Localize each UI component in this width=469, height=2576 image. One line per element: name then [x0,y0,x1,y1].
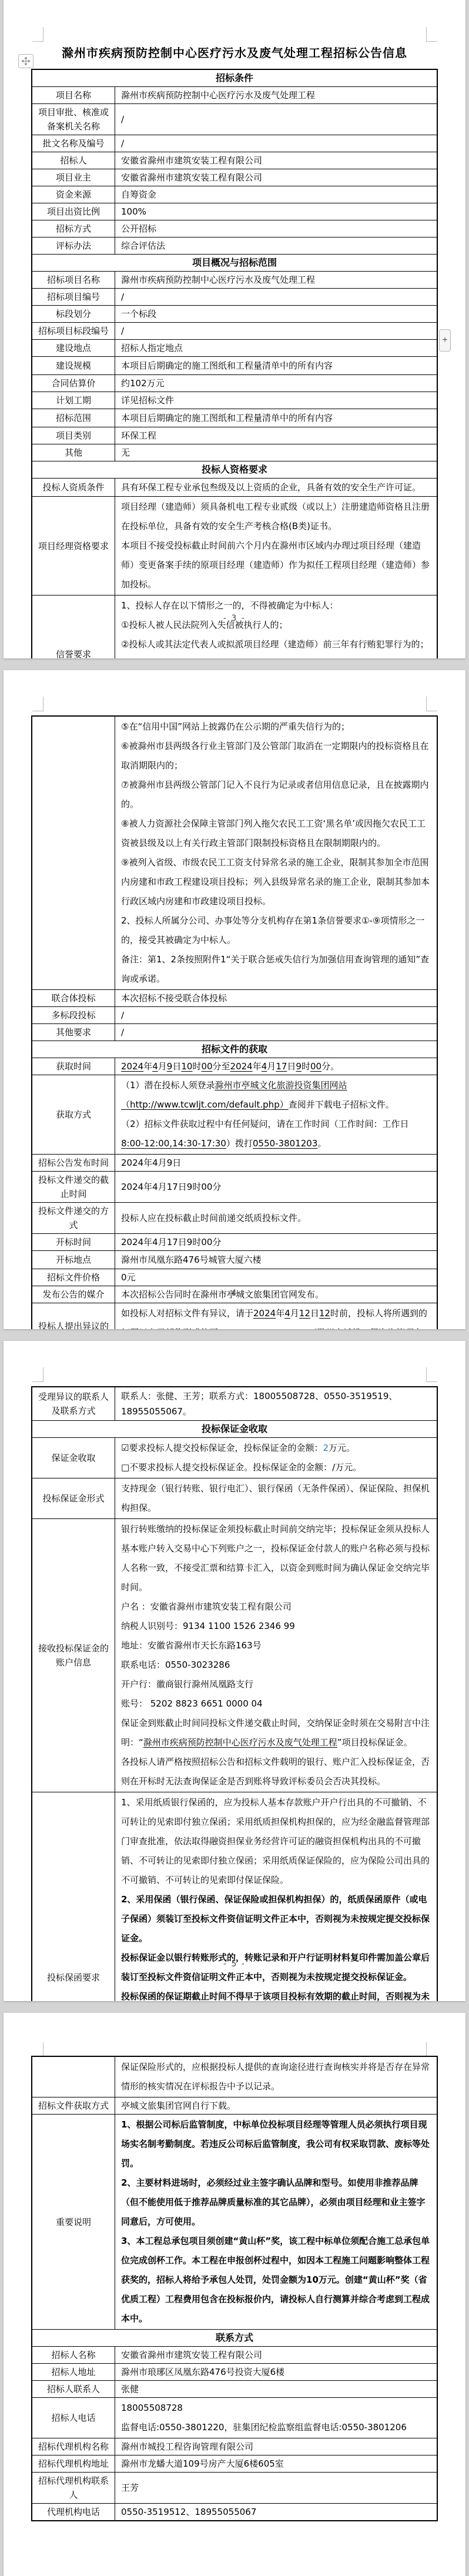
table-row: 招标方式公开招标 [32,220,437,237]
value-line: 滁州市疾病预防控制中心医疗污水及废气处理工程 [121,272,431,287]
value-line: 滁州市凤凰东路476号城管大厦六楼 [121,1252,431,1267]
row-label-cell [32,2057,115,2097]
table-row: 招标人安徽省滁州市建筑安装工程有限公司 [32,152,437,169]
value-line: （1）潜在投标人须登录滁州市亭城文化旅游投资集团网站（http://www.tc… [121,1076,431,1115]
table-row: ⑤在“信用中国”网站上披露仍在公示期的严重失信行为的；⑥被滁州市县两级各行业主管… [32,717,437,989]
value-line: 具有环保工程专业承包叁级及以上资质的企业，具备有效的安全生产许可证。 [121,480,431,495]
row-label-cell: 投标保证金形式 [32,1478,115,1518]
value-line: / [121,289,431,305]
value-line: 公开招标 [121,221,431,236]
row-label-cell: 招标项目编号 [32,289,115,305]
row-value-cell: ☑要求投标人提交投标保证金，投标保证金的金额：2万元。□不要求投标人提交投标保证… [115,1438,437,1478]
value-line: 安徽省滁州市建筑安装工程有限公司 [121,2347,431,2363]
row-label-cell: 获取方式 [32,1075,115,1154]
table-row: 开标地点滁州市凤凰东路476号城管大厦六楼 [32,1250,437,1269]
value-line: ⑧被人力资源社会保障主管部门列入拖欠农民工工资‘黑名单’或因拖欠农民工工资被县级… [121,814,431,853]
value-line: 联系电话：0550-3023286 [121,1655,431,1675]
value-line: □不要求投标人提交投标保证金。投标保证金的金额：/万元。 [121,1458,431,1477]
value-line: 联系人：张健、王芳；联系方式：18005508728、0550-3519519、… [121,1389,431,1419]
announcement-table: ⑤在“信用中国”网站上披露仍在公示期的严重失信行为的；⑥被滁州市县两级各行业主管… [31,715,438,1329]
table-row: 项目审批、核准或备案机关名称/ [32,103,437,135]
row-label-cell: 标段划分 [32,306,115,322]
table-row: 项目经理资格要求项目经理（建造师）须具备机电工程专业贰级（或以上）注册建造师资格… [32,496,437,595]
row-label-cell: 投标人资质条件 [32,479,115,496]
value-line: 保证保险形式的，应根据投标人提供的查询途径进行查询核实并将是否存在异常情形的核实… [121,2058,431,2096]
row-label-cell: 招标项目标段编号 [32,323,115,339]
row-label-cell: 开标时间 [32,1234,115,1250]
row-label-cell: 资金来源 [32,186,115,203]
value-line: 0元 [121,1270,431,1285]
row-value-cell: 本项目后期确定的施工图纸和工程量清单中的所有内容 [115,409,437,427]
row-value-cell: 银行转账缴纳的投标保证金须投标截止时间前交纳完毕；投标保证金须从投标人基本账户转… [115,1519,437,1792]
table-row: 项目类别环保工程 [32,427,437,444]
row-value-cell: 2024年4月9日 [115,1155,437,1171]
table-row: 投标人资质条件具有环保工程专业承包叁级及以上资质的企业，具备有效的安全生产许可证… [32,478,437,496]
section-header: 投标人资格要求 [32,461,437,478]
table-row: 招标代理机构联系人王芳 [32,2472,437,2503]
margin-mark-icon [32,1367,43,1382]
value-line: 2、投标人所属分公司、办事处等分支机构存在第1条信誉要求①-⑨项情形之一的，接受… [121,911,431,950]
row-label-cell: 其他 [32,444,115,461]
row-label-cell: 项目出资比例 [32,203,115,220]
value-line: 2024年4月9日10时00分至2024年4月17日9时00分。 [121,1059,431,1074]
value-line: ⑥被滁州市县两级各行业主管部门及公管部门取消在一定期限内的投标资格且在取消期限内… [121,737,431,775]
row-label-cell: 项目类别 [32,427,115,444]
table-row: 其他无 [32,444,437,461]
value-line: 2024年4月9日 [121,1155,431,1170]
row-value-cell: 项目经理（建造师）须具备机电工程专业贰级（或以上）注册建造师资格且注册在投标单位… [115,497,437,595]
row-label-cell: 招标人名称 [32,2347,115,2363]
row-label-cell: 计划工期 [32,392,115,409]
row-label-cell: 接收投标保证金的账户信息 [32,1519,115,1792]
section-header: 项目概况与招标范围 [32,255,437,271]
row-label-cell: 评标办法 [32,237,115,254]
row-value-cell: 无 [115,444,437,461]
row-label-cell: 招标公告发布时间 [32,1155,115,1171]
table-row: 招标人联系人张健 [32,2380,437,2397]
table-row: 招标文件价格0元 [32,1269,437,1286]
value-line: 2、采用保函（银行保函、保证保险或担保机构担保）的，纸质保函原件（或电子保函）须… [121,1890,431,1948]
table-row: 开标时间2024年4月17日9时00分 [32,1233,437,1250]
row-label-cell: 保证金收取 [32,1438,115,1478]
table-row: 项目出资比例100% [32,203,437,220]
row-label-cell: 项目名称 [32,87,115,103]
page-number: - 3 - [4,614,465,623]
section-header: 投标保证金收取 [32,1421,437,1437]
row-value-cell: ⑤在“信用中国”网站上披露仍在公示期的严重失信行为的；⑥被滁州市县两级各行业主管… [115,717,437,989]
page-number: - 4 - [4,1289,465,1298]
margin-mark-icon [426,2042,437,2057]
value-line: 1、采用纸质银行保函的，应为投标人基本存款账户开户行出具的不可撤销、不可转让的见… [121,1793,431,1890]
margin-mark-icon [32,2042,43,2057]
value-line: 一个标段 [121,306,431,322]
section-row: 招标条件 [32,70,437,86]
row-value-cell: 公开招标 [115,220,437,237]
table-row: 投标文件递交的截止时间2024年4月17日9时00分 [32,1171,437,1202]
value-line: 备注：第1、2条按照附件1“关于联合惩戒失信行为加强信用查询管理的通知”查询或承… [121,950,431,989]
page-3: 受理异议的联系人及联系方式联系人：张健、王芳；联系方式：18005508728、… [4,1341,465,2001]
row-label-cell: 招标人地址 [32,2364,115,2380]
table-row: 招标项目标段编号/ [32,322,437,339]
value-line: 地址：安徽省滁州市天长东路163号 [121,1636,431,1655]
value-line: 招标人指定地点 [121,340,431,356]
table-row: 计划工期详见招标文件 [32,392,437,409]
value-line: 3、本工程总承包项目须创建“黄山杯”奖，该工程中标单位须配合施工总承包单位完成创… [121,2232,431,2329]
row-label-cell: 多标段投标 [32,1007,115,1023]
row-value-cell: 滁州市龙蟠大道109号房产大厦6楼605室 [115,2455,437,2472]
margin-mark-icon [32,27,43,42]
value-line: 滁州市龙蟠大道109号房产大厦6楼605室 [121,2456,431,2471]
table-row: 多标段投标/ [32,1006,437,1023]
section-header: 招标文件的获取 [32,1041,437,1058]
section-header: 联系方式 [32,2330,437,2346]
value-line: ③投标人被市场监督管理部门列入经营异常名录或者严重违法企业名单，且未被移除的； [121,654,431,658]
value-line: / [121,112,431,127]
row-value-cell: / [115,289,437,305]
row-value-cell: 2024年4月17日9时00分 [115,1172,437,1202]
value-line: 2、主要材料进场时，必须经过业主签字确认品牌和型号。如使用非推荐品牌（但不能使用… [121,2173,431,2232]
row-label-cell: 建设地点 [32,340,115,356]
table-row: 招标人名称安徽省滁州市建筑安装工程有限公司 [32,2346,437,2363]
margin-mark-icon [426,1367,437,1382]
value-line: 环保工程 [121,428,431,443]
table-row: 代理机构电话0550-3519512、18955055067 [32,2503,437,2520]
value-line: / [121,323,431,339]
table-row: 受理异议的联系人及联系方式联系人：张健、王芳；联系方式：18005508728、… [32,1387,437,1420]
row-label-cell: 招标范围 [32,409,115,427]
row-value-cell: 本次招标不接受联合体投标 [115,990,437,1006]
table-row: 接收投标保证金的账户信息银行转账缴纳的投标保证金须投标截止时间前交纳完毕；投标保… [32,1518,437,1792]
row-label-cell: 投标文件递交的方式 [32,1203,115,1233]
page-title: 滁州市疾病预防控制中心医疗污水及废气处理工程招标公告信息 [4,44,465,61]
row-value-cell: 王芳 [115,2473,437,2503]
table-row: 标段划分一个标段 [32,305,437,322]
row-value-cell: 如投标人对招标文件有异议，请于2024年4月12日12时前，投标人将所遇到的问题… [115,1303,437,1329]
row-label-cell: 建设规模 [32,357,115,374]
table-row: 批文名称及编号/ [32,135,437,152]
row-value-cell: 滁州市疾病预防控制中心医疗污水及废气处理工程 [115,272,437,288]
row-value-cell: 1、根据公司标后监管制度，中标单位投标项目经理等管理人员必须执行项目现场实名制考… [115,2115,437,2329]
row-label-cell: 其他要求 [32,1024,115,1041]
value-line: 银行转账缴纳的投标保证金须投标截止时间前交纳完毕；投标保证金须从投标人基本账户转… [121,1520,431,1597]
value-line: 约102万元 [121,376,431,391]
table-row: 招标公告发布时间2024年4月9日 [32,1154,437,1171]
row-value-cell: 张健 [115,2381,437,2397]
row-value-cell: 联系人：张健、王芳；联系方式：18005508728、0550-3519519、… [115,1387,437,1420]
row-value-cell: / [115,104,437,135]
row-value-cell: 支持现金（银行转账、银行电汇）、银行保函（无条件保函）、保证保险、担保机构担保。 [115,1478,437,1518]
value-line: 账号： 5202 8823 6651 0000 04 [121,1694,431,1714]
row-value-cell: 详见招标文件 [115,392,437,409]
row-label-cell: 招标方式 [32,220,115,237]
value-line: 本项目不接受投标截止时间前六个月内在滁州市区域内办理过项目经理（建造师）变更备案… [121,536,431,594]
table-row: 获取时间2024年4月9日10时00分至2024年4月17日9时00分。 [32,1058,437,1075]
table-row: 招标人电话18005508728监督电话:0550-3801220，驻集团纪检监… [32,2397,437,2438]
value-line: 滁州市城投工程咨询管理有限公司 [121,2439,431,2454]
row-value-cell: / [115,323,437,339]
table-row: 招标代理机构地址滁州市龙蟠大道109号房产大厦6楼605室 [32,2455,437,2472]
value-line: / [121,136,431,151]
row-value-cell: （1）潜在投标人须登录滁州市亭城文化旅游投资集团网站（http://www.tc… [115,1075,437,1154]
value-line: 安徽省滁州市建筑安装工程有限公司 [121,153,431,168]
table-row: 其他要求/ [32,1023,437,1041]
section-row: 项目概况与招标范围 [32,254,437,271]
row-label-cell: 投标保函要求 [32,1792,115,2001]
value-line: 项目经理（建造师）须具备机电工程专业贰级（或以上）注册建造师资格且注册在投标单位… [121,497,431,536]
row-value-cell: 1、采用纸质银行保函的，应为投标人基本存款账户开户行出具的不可撤销、不可转让的见… [115,1792,437,2001]
row-label-cell: 招标代理机构地址 [32,2455,115,2472]
table-row: 资金来源自筹资金 [32,186,437,203]
value-line: 本次招标不接受联合体投标 [121,991,431,1006]
table-row: 重要说明1、根据公司标后监管制度，中标单位投标项目经理等管理人员必须执行项目现场… [32,2114,437,2329]
table-row: 投标保证金形式支持现金（银行转账、银行电汇）、银行保函（无条件保函）、保证保险、… [32,1478,437,1518]
value-line: ⑦被滁州市县两级公管部门记入不良行为记录或者信用信息记录，且在披露期内的。 [121,775,431,814]
row-value-cell: 2024年4月9日10时00分至2024年4月17日9时00分。 [115,1058,437,1075]
value-line: ☑要求投标人提交投标保证金，投标保证金的金额：2万元。 [121,1438,431,1458]
value-line: 本项目后期确定的施工图纸和工程量清单中的所有内容 [121,410,431,426]
section-row: 招标文件的获取 [32,1041,437,1058]
row-label-cell: 项目业主 [32,169,115,186]
row-label-cell: 招标文件价格 [32,1269,115,1286]
row-label-cell: 招标项目名称 [32,272,115,288]
margin-mark-icon [426,697,437,711]
row-value-cell: / [115,135,437,152]
value-line: 滁州市琅琊区凤凰东路476号投资大厦6楼 [121,2364,431,2380]
row-value-cell: 环保工程 [115,427,437,444]
table-row: 建设地点招标人指定地点 [32,339,437,356]
row-label-cell: 重要说明 [32,2115,115,2329]
row-label-cell: 招标人电话 [32,2398,115,2438]
value-line: （2）招标文件获取过程中有任何疑问，请在工作时间（工作时间：工作日8:00-12… [121,1115,431,1153]
row-value-cell: 2024年4月17日9时00分 [115,1234,437,1250]
value-line: 亭城文旅集团官网自行下载。 [121,2098,431,2113]
row-value-cell: 滁州市凤凰东路476号城管大厦六楼 [115,1251,437,1269]
row-value-cell: 亭城文旅集团官网自行下载。 [115,2097,437,2114]
table-row: 招标范围本项目后期确定的施工图纸和工程量清单中的所有内容 [32,409,437,427]
row-value-cell: 保证保险形式的，应根据投标人提供的查询途径进行查询核实并将是否存在异常情形的核实… [115,2057,437,2097]
row-value-cell: 综合评估法 [115,237,437,254]
row-value-cell: 滁州市城投工程咨询管理有限公司 [115,2438,437,2455]
table-row: 评标办法综合评估法 [32,237,437,254]
value-line: 监督电话:0550-3801220，驻集团纪检监察组监督电话:0550-3801… [121,2418,431,2437]
page-2: ⑤在“信用中国”网站上披露仍在公示期的严重失信行为的；⑥被滁州市县两级各行业主管… [4,670,465,1329]
row-value-cell: 一个标段 [115,306,437,322]
document-canvas: 滁州市疾病预防控制中心医疗污水及废气处理工程招标公告信息+招标条件项目名称滁州市… [0,0,469,2576]
table-row: 招标项目编号/ [32,288,437,305]
row-value-cell: 滁州市疾病预防控制中心医疗污水及废气处理工程 [115,87,437,103]
margin-mark-icon [32,697,43,711]
row-value-cell: 滁州市琅琊区凤凰东路476号投资大厦6楼 [115,2364,437,2380]
value-line: / [121,1008,431,1023]
value-line: / [121,1025,431,1040]
row-label-cell: 投标人提出异议的截止时间及方式 [32,1303,115,1329]
value-line: 如投标人对招标文件有异议，请于2024年4月12日12时前，投标人将所遇到的问题… [121,1304,431,1329]
value-line: 无 [121,445,431,460]
value-line: 支持现金（银行转账、银行电汇）、银行保函（无条件保函）、保证保险、担保机构担保。 [121,1479,431,1518]
table-row: 项目业主安徽省滁州市建筑安装工程有限公司 [32,169,437,186]
section-row: 投标保证金收取 [32,1420,437,1437]
row-value-cell: 招标人指定地点 [115,340,437,356]
row-value-cell: 1、投标人存在以下情形之一的，不得被确定为中标人：①投标人被人民法院列入失信被执… [115,596,437,658]
row-label-cell: 信誉要求 [32,596,115,658]
value-line: 2024年4月17日9时00分 [121,1235,431,1250]
row-label-cell: 招标文件获取方式 [32,2097,115,2114]
row-label-cell: 投标文件递交的截止时间 [32,1172,115,1202]
page-4: 保证保险形式的，应根据投标人提供的查询途径进行查询核实并将是否存在异常情形的核实… [4,2013,465,2576]
table-row: 招标项目名称滁州市疾病预防控制中心医疗污水及废气处理工程 [32,271,437,288]
row-value-cell: 自筹资金 [115,186,437,203]
row-label-cell: 招标代理机构联系人 [32,2473,115,2503]
value-line: ②投标人或其法定代表人或拟派项目经理（建造师）前三年有行贿犯罪行为的； [121,635,431,654]
row-label-cell: 联合体投标 [32,990,115,1006]
value-line: 保证金到账截止时间同投标文件递交截止时间，交纳保证金时须在交易附言中注明：“滁州… [121,1714,431,1752]
row-value-cell: 18005508728监督电话:0550-3801220，驻集团纪检监察组监督电… [115,2398,437,2438]
table-row: 项目名称滁州市疾病预防控制中心医疗污水及废气处理工程 [32,86,437,103]
value-line: 2024年4月17日9时00分 [121,1179,431,1195]
value-line: 100% [121,204,431,219]
value-line: 投标保函的保证期截止时间不得早于该项目投标有效期的截止时间，否则视为未按规定提交… [121,1987,431,2001]
section-row: 投标人资格要求 [32,461,437,478]
table-row: 保证保险形式的，应根据投标人提供的查询途径进行查询核实并将是否存在异常情形的核实… [32,2057,437,2097]
row-label-cell: 受理异议的联系人及联系方式 [32,1387,115,1420]
row-label-cell: 招标人联系人 [32,2381,115,2397]
value-line: 详见招标文件 [121,393,431,408]
row-label-cell: 获取时间 [32,1058,115,1075]
margin-mark-icon [426,27,437,42]
row-value-cell: 本项目后期确定的施工图纸和工程量清单中的所有内容 [115,357,437,374]
value-line: 安徽省滁州市建筑安装工程有限公司 [121,170,431,185]
announcement-table: 受理异议的联系人及联系方式联系人：张健、王芳；联系方式：18005508728、… [31,1386,438,2001]
row-label-cell: 项目审批、核准或备案机关名称 [32,104,115,135]
row-value-cell: 100% [115,203,437,220]
value-line: 投标人应在投标截止时间前递交纸质投标文件。 [121,1210,431,1226]
row-label-cell: 代理机构电话 [32,2504,115,2520]
table-row: 投标文件递交的方式投标人应在投标截止时间前递交纸质投标文件。 [32,1202,437,1233]
value-line: 各投标人请严格按照招标公告和招标文件载明的银行、账户汇入投标保证金，否则在开标时… [121,1752,431,1791]
table-row: 保证金收取☑要求投标人提交投标保证金，投标保证金的金额：2万元。□不要求投标人提… [32,1437,437,1478]
table-row: 联合体投标本次招标不接受联合体投标 [32,989,437,1006]
row-value-cell: 安徽省滁州市建筑安装工程有限公司 [115,2347,437,2363]
row-value-cell: 具有环保工程专业承包叁级及以上资质的企业，具备有效的安全生产许可证。 [115,479,437,496]
row-label-cell: 招标代理机构名称 [32,2438,115,2455]
value-line: 开户行：徽商银行滁州凤凰路支行 [121,1675,431,1694]
value-line: 综合评估法 [121,238,431,253]
table-row: 投标人提出异议的截止时间及方式如投标人对招标文件有异议，请于2024年4月12日… [32,1303,437,1329]
row-label-cell: 合同估算价 [32,375,115,392]
row-value-cell: 0元 [115,1269,437,1286]
section-row: 联系方式 [32,2329,437,2346]
value-line: 自筹资金 [121,187,431,202]
section-header: 招标条件 [32,70,437,86]
value-line: ⑨被列入省级、市级农民工工资支付异常名录的施工企业，限制其参加全市范围内房建和市… [121,853,431,911]
table-row: 招标文件获取方式亭城文旅集团官网自行下载。 [32,2097,437,2114]
row-value-cell: 安徽省滁州市建筑安装工程有限公司 [115,169,437,186]
table-row: 获取方式（1）潜在投标人须登录滁州市亭城文化旅游投资集团网站（http://ww… [32,1075,437,1154]
value-line: 1、投标人存在以下情形之一的，不得被确定为中标人： [121,596,431,615]
value-line: 户名 ：安徽省滁州市建筑安装工程有限公司 [121,1597,431,1617]
value-line: 王芳 [121,2480,431,2495]
deposit-amount-highlight: 2 [323,1443,329,1453]
value-line: 1、根据公司标后监管制度，中标单位投标项目经理等管理人员必须执行项目现场实名制考… [121,2115,431,2173]
value-line: 张健 [121,2381,431,2397]
page-number: - 5 - [4,1959,465,1969]
value-line: 纳税人识别号：9134 1100 1526 2346 99 [121,1617,431,1636]
add-row-button[interactable]: + [439,329,451,352]
row-label-cell: 项目经理资格要求 [32,497,115,595]
table-row: 建设规模本项目后期确定的施工图纸和工程量清单中的所有内容 [32,356,437,374]
row-value-cell: 0550-3519512、18955055067 [115,2504,437,2520]
table-row: 招标代理机构名称滁州市城投工程咨询管理有限公司 [32,2438,437,2455]
announcement-table: 招标条件项目名称滁州市疾病预防控制中心医疗污水及废气处理工程项目审批、核准或备案… [31,69,438,658]
table-row: 投标保函要求1、采用纸质银行保函的，应为投标人基本存款账户开户行出具的不可撤销、… [32,1792,437,2001]
row-label-cell: 招标人 [32,152,115,169]
page-1: 滁州市疾病预防控制中心医疗污水及废气处理工程招标公告信息+招标条件项目名称滁州市… [4,0,465,658]
row-label-cell: 开标地点 [32,1251,115,1269]
row-value-cell: / [115,1024,437,1041]
value-line: 滁州市疾病预防控制中心医疗污水及废气处理工程 [121,88,431,103]
row-value-cell: 投标人应在投标截止时间前递交纸质投标文件。 [115,1203,437,1233]
table-row: 合同估算价约102万元 [32,374,437,392]
row-label-cell [32,717,115,989]
value-line: 0550-3519512、18955055067 [121,2504,431,2520]
announcement-table: 保证保险形式的，应根据投标人提供的查询途径进行查询核实并将是否存在异常情形的核实… [31,2056,438,2521]
table-row: 信誉要求1、投标人存在以下情形之一的，不得被确定为中标人：①投标人被人民法院列入… [32,595,437,658]
table-move-handle-icon[interactable] [18,54,33,68]
value-line: 18005508728 [121,2398,431,2418]
row-label-cell: 批文名称及编号 [32,135,115,152]
value-line: 本项目后期确定的施工图纸和工程量清单中的所有内容 [121,358,431,373]
row-value-cell: 安徽省滁州市建筑安装工程有限公司 [115,152,437,169]
row-value-cell: / [115,1007,437,1023]
row-value-cell: 约102万元 [115,375,437,392]
value-line: ⑤在“信用中国”网站上披露仍在公示期的严重失信行为的； [121,717,431,737]
table-row: 招标人地址滁州市琅琊区凤凰东路476号投资大厦6楼 [32,2363,437,2380]
